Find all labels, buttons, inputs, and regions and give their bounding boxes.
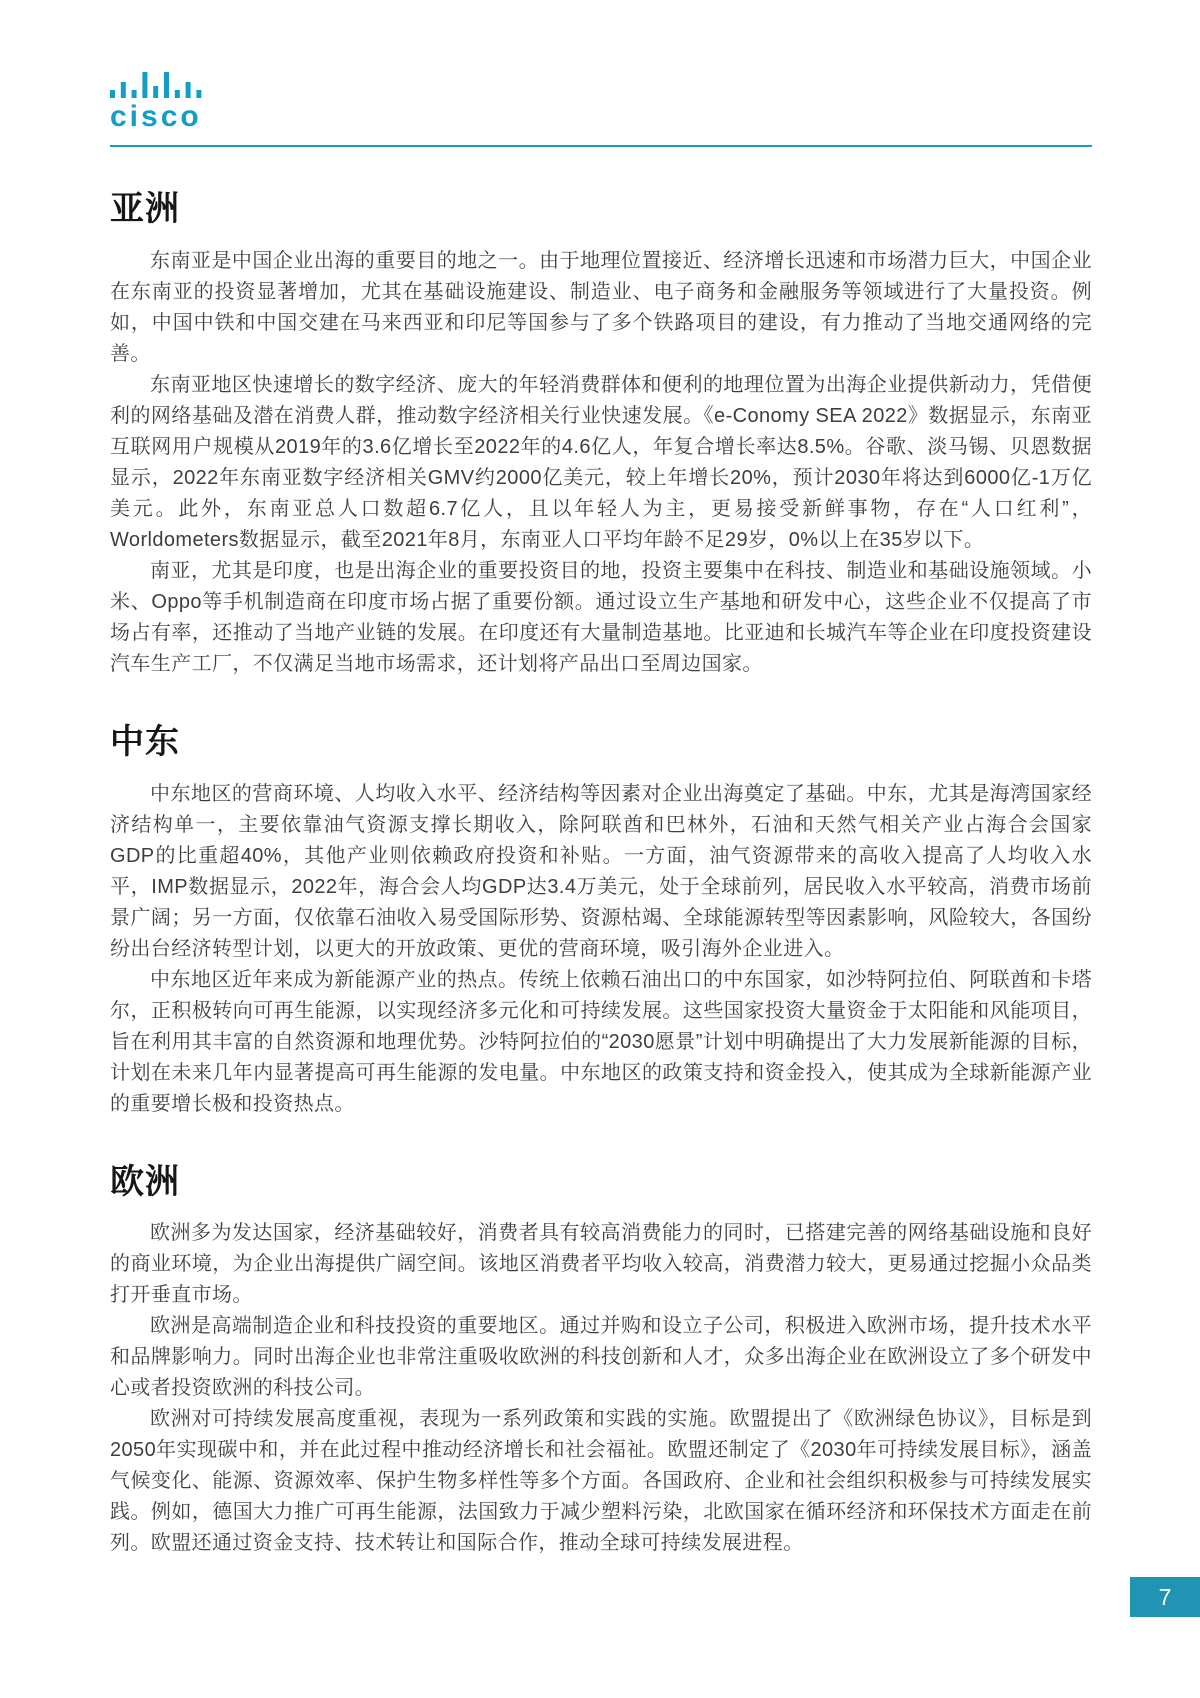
cisco-logo: cisco (110, 72, 202, 132)
document-body: 亚洲 东南亚是中国企业出海的重要目的地之一。由于地理位置接近、经济增长迅速和市场… (110, 189, 1092, 1559)
paragraph: 中东地区近年来成为新能源产业的热点。传统上依赖石油出口的中东国家，如沙特阿拉伯、… (110, 965, 1092, 1120)
paragraph: 欧洲是高端制造企业和科技投资的重要地区。通过并购和设立子公司，积极进入欧洲市场，… (110, 1311, 1092, 1404)
page-content: cisco 亚洲 东南亚是中国企业出海的重要目的地之一。由于地理位置接近、经济增… (110, 72, 1092, 1559)
page-header: cisco (110, 72, 1092, 147)
paragraph: 东南亚地区快速增长的数字经济、庞大的年轻消费群体和便利的地理位置为出海企业提供新… (110, 370, 1092, 556)
header-divider (110, 145, 1092, 147)
cisco-bridge-icon (110, 72, 202, 98)
section-heading-europe: 欧洲 (110, 1162, 1092, 1203)
section-europe: 欧洲 欧洲多为发达国家，经济基础较好，消费者具有较高消费能力的同时，已搭建完善的… (110, 1162, 1092, 1560)
section-heading-middle-east: 中东 (110, 722, 1092, 763)
paragraph: 欧洲多为发达国家，经济基础较好，消费者具有较高消费能力的同时，已搭建完善的网络基… (110, 1218, 1092, 1311)
paragraph: 欧洲对可持续发展高度重视，表现为一系列政策和实践的实施。欧盟提出了《欧洲绿色协议… (110, 1404, 1092, 1559)
paragraph: 南亚，尤其是印度，也是出海企业的重要投资目的地，投资主要集中在科技、制造业和基础… (110, 556, 1092, 680)
section-middle-east: 中东 中东地区的营商环境、人均收入水平、经济结构等因素对企业出海奠定了基础。中东… (110, 722, 1092, 1120)
section-heading-asia: 亚洲 (110, 189, 1092, 230)
page-number-badge: 7 (1130, 1577, 1200, 1617)
paragraph: 东南亚是中国企业出海的重要目的地之一。由于地理位置接近、经济增长迅速和市场潜力巨… (110, 246, 1092, 370)
cisco-wordmark: cisco (110, 102, 202, 132)
section-asia: 亚洲 东南亚是中国企业出海的重要目的地之一。由于地理位置接近、经济增长迅速和市场… (110, 189, 1092, 680)
paragraph: 中东地区的营商环境、人均收入水平、经济结构等因素对企业出海奠定了基础。中东，尤其… (110, 779, 1092, 965)
